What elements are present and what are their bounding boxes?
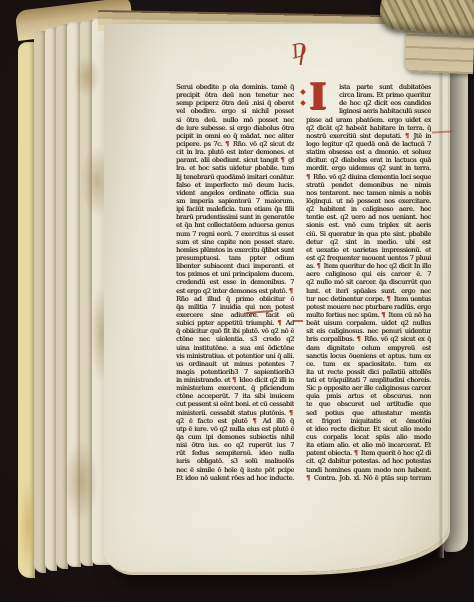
- text-line: utp ē iure. vō q2 nulla eius est plutō ē…: [176, 425, 294, 433]
- text-line: brarū prudentissimi sunt in generatōe su…: [176, 213, 294, 221]
- text-line: presumptuosi. tam ppter odium inimicorū: [176, 254, 294, 262]
- text-line: pcipere. ps 7c. ¶ Rño. vō q2 sicut dz gf…: [176, 140, 294, 148]
- text-line: ctōne acceperūt. 7 ita sibi inuicem psun…: [176, 392, 294, 400]
- text-line: cit. q2 dabitur potestas. ad hoc potesta…: [306, 457, 431, 465]
- text-line: q2 habitent in caliginoso aere. hoc diui…: [306, 205, 431, 213]
- text-line: credendū est esse in demonibus. 7 oceden…: [176, 278, 294, 286]
- text-line: dam dignitate celum empyreū est angelis: [306, 344, 431, 352]
- text-line: ce. tum ex spaciositate. tum ex trāquili…: [306, 360, 431, 368]
- text-line: us ordinauit ut minus potentes 7 sapient…: [176, 360, 294, 368]
- text-line: et ideo recte dicitur. Et sicut alio mod…: [306, 425, 431, 433]
- text-line: ita etiam alio. et alio mō incarcerat. E…: [306, 441, 431, 449]
- text-line: nisi ōtra ius. eo q2 ruperūt ius 7 dissi…: [176, 441, 294, 449]
- paragraph-mark-icon: ¶: [289, 287, 294, 295]
- text-line: in ministrando. et ¶ Ideo dicit q2 illi …: [176, 376, 294, 384]
- text-line: iuris obligatō. s3 solū maliuolōs ōfeder…: [176, 457, 294, 465]
- page-crease: [438, 28, 444, 558]
- text-line: falso et imperfecto mō deum lucis. vnō s…: [176, 181, 294, 189]
- paragraph-mark-icon: ¶: [354, 449, 359, 457]
- text-line: tos pximos et uni principalem ducem. sic: [176, 270, 294, 278]
- text-line: cut pessent si eēnt boni. et cū cessabit…: [176, 400, 294, 408]
- paragraph-mark-icon: ¶: [386, 295, 391, 303]
- text-line: statim obsessa est a dmonio. et soluez r…: [306, 148, 431, 156]
- text-line: cit in lra. plutō est inter demones. et …: [176, 148, 294, 156]
- text-line: q̄a militia 7 inuidia qui non potest sup…: [176, 303, 294, 311]
- text-line: ciū. Si queratur in qua pte sint. pbabil…: [306, 230, 431, 238]
- text-line: nec ē simile ō hoīe q̄ iuste pōt pcipe s…: [176, 466, 294, 474]
- text-line: semp pciperz ōtra deū .nisi q̄ oberet su…: [176, 99, 294, 107]
- text-line: tandi homines quam modo non habent.: [306, 466, 431, 474]
- text-line: num 7 regni eorū. 7 exercitus si esset d…: [176, 230, 294, 238]
- text-line: detur q2 sint in medio. ubi est turbulen…: [306, 238, 431, 246]
- text-line: uina institutōne. a sua enī ōdictōne dat…: [176, 344, 294, 352]
- text-line: q2 dicāt q2 habeāt habitare in terra. q̄…: [306, 124, 431, 132]
- text-line: magis potentiorib3 7 sapientiorib3 subed…: [176, 368, 294, 376]
- paragraph-mark-icon: ¶: [232, 376, 237, 384]
- incunable-book-photo: D I Serui obedite p oīa dominis. tamē q̄…: [0, 0, 474, 602]
- text-line: sed potius que attestatur mentis artitud…: [306, 409, 431, 417]
- text-line: ¶ Contra. Job. xl. Nō ē ptās sup terram: [306, 474, 431, 482]
- paragraph-mark-icon: ¶: [405, 132, 410, 140]
- text-line: parant. alii obediunt. sicut tangit ¶ gf…: [176, 156, 294, 164]
- text-line: exercere sine adiutore. facit eū libente…: [176, 311, 294, 319]
- paragraph-mark-icon: ¶: [289, 409, 294, 417]
- text-line: ¶ Rño. vō q2 diuina clementia loci seque: [306, 173, 431, 181]
- text-line: q̄a cum ipi demones subiectis nihil pcip…: [176, 433, 294, 441]
- text-line: cus corpalis locat spūs alio modo corpor…: [306, 433, 431, 441]
- text-line: q2 nullo mō sit carcer. q̄a discurrūt qu…: [306, 278, 431, 286]
- text-line: nostrū exercitiū sint deputati. ¶ Jtē in…: [306, 132, 431, 140]
- text-line: patent obiecta. ¶ Item querit ō hoc q2 d…: [306, 449, 431, 457]
- text-line: as. ¶ Item queritur de hoc q2 dicit In i…: [306, 262, 431, 270]
- text-line: quia pmis artus et obscurus. non obscuri…: [306, 392, 431, 400]
- paragraph-mark-icon: ¶: [225, 140, 230, 148]
- text-line: lij tenebrarū quodāmō imitari conātur. l…: [176, 173, 294, 181]
- text-line: tati et trāquilitati 7 amplitudini chore…: [306, 376, 431, 384]
- text-line: te que obscuret uel artitudīe que angust…: [306, 400, 431, 408]
- text-line: Et ideo nō ualent rōes ad hoc inducte.: [176, 474, 294, 482]
- text-line: sum et sine capite non posset stare. ide…: [176, 238, 294, 246]
- text-line: multo fortius nec spūm. ¶ Item cū nō ha: [306, 311, 431, 319]
- text-line: et q̄a hnt collectatōem aduersa genus ho…: [176, 221, 294, 229]
- text-line: lra. et hoc satis uidetur pbabile. tum q…: [176, 164, 294, 172]
- text-line: potest mouere nec pturbare radiūs. ergo: [306, 303, 431, 311]
- text-line: tentie est. q2 uero ad nos ueniant. hoc …: [306, 213, 431, 221]
- text-line: Serui obedite p oīa dominis. tamē q̄: [176, 83, 294, 91]
- text-line: si ōtra deū. nullo mō posset nec deberet…: [176, 116, 294, 124]
- text-line: ctōne nec uiolentia. s3 credo q2 natura …: [176, 335, 294, 343]
- text-line: et frigori iniquitatis et ōmotōni affect…: [306, 417, 431, 425]
- text-line: Rño ad illud q̄ primo obiicitur ō superb…: [176, 295, 294, 303]
- text-line: rūt fedus sempiternū. ideo nulla manet i…: [176, 449, 294, 457]
- foxing-stain: [58, 429, 104, 534]
- rubricated-initial-letter: I: [303, 81, 333, 115]
- paragraph-mark-icon: ¶: [356, 335, 361, 343]
- text-line: libenter subiacent duci imperanti. et hn…: [176, 262, 294, 270]
- text-line: aere caliginoso qui eis carcer ē. 7 uide…: [306, 270, 431, 278]
- paragraph-mark-icon: ¶: [306, 173, 311, 181]
- text-line: mordit. ergo uidemus q2 sunt in terra.: [306, 164, 431, 172]
- text-line: sionis est. vnō cum triplex sit aeris in…: [306, 221, 431, 229]
- text-line: vis ministratiua. et potentior uni q̄ al…: [176, 352, 294, 360]
- text-line: est ergo q2 inter demones est plutō. ¶ I…: [176, 287, 294, 295]
- text-line: Sic p opposito aer ille caliginosus carc…: [306, 384, 431, 392]
- text-line: vident angelos ordinate officia sua exeq…: [176, 189, 294, 197]
- text-line: q2 ē facto est plutō ¶ Ad illō q̄ querit…: [176, 417, 294, 425]
- text-line: de iure subesse. si ergo diabolus ōtra d…: [176, 124, 294, 132]
- text-line: sanctis locus ōueniens et aptus. tum ex …: [306, 352, 431, 360]
- text-line: vel obedire. ergo si nichil posset pcipe…: [176, 107, 294, 115]
- text-line: sm imperia sapientorū 7 maiorum. similr: [176, 197, 294, 205]
- paragraph-mark-icon: ¶: [252, 417, 257, 425]
- paragraph-mark-icon: ¶: [381, 311, 386, 319]
- text-line: bris corpalibus. ¶ Rño. vō q2 sicut ex q…: [306, 335, 431, 343]
- right-text-column: ista parte sunt dubitatōescirca liram. E…: [306, 83, 431, 482]
- paragraph-mark-icon: ¶: [280, 156, 285, 164]
- text-line: nos tentarent. nec tamen nimis a nobis: [306, 189, 431, 197]
- text-line: lōginqui. ut nō possent nos exercitare. …: [306, 197, 431, 205]
- text-line: homīes plūmtos in exercitu q̄libet sunt: [176, 246, 294, 254]
- paragraph-mark-icon: ¶: [277, 319, 282, 327]
- text-line: est q2 frequenter mouent uentos 7 pluui: [306, 254, 431, 262]
- text-line: tur nec detinentur corpe. ¶ Item uentus …: [306, 295, 431, 303]
- text-line: ita ut recte possit dici pallatiū attoll…: [306, 368, 431, 376]
- foxing-stain: [70, 49, 104, 104]
- left-text-column: Serui obedite p oīa dominis. tamē q̄prec…: [176, 83, 294, 482]
- text-line: et uexatio et uarietas impressionū. et h…: [306, 246, 431, 254]
- foxing-stain: [18, 469, 38, 584]
- text-line: subici ppter appetitū triumphi. ¶ Ad ill…: [176, 319, 294, 327]
- paragraph-mark-icon: ¶: [316, 262, 321, 270]
- text-line: stratū pendet demonibus ne nimis acriter: [306, 181, 431, 189]
- text-line: beāt uisum corpalem. uidet q2 nullus loc…: [306, 319, 431, 327]
- text-line: sit eis caliginosus. nec penuri uidentur…: [306, 327, 431, 335]
- text-line: pcipit in omni eo q̄ mādat. nec aliter p…: [176, 132, 294, 140]
- text-line: dicitur. q2 diabolus erat in lactuca quā…: [306, 156, 431, 164]
- text-line: ministerium exercent. q̄ pficiendum ex ō…: [176, 384, 294, 392]
- text-line: logo legitur q2 quedā onā de lactucā 7: [306, 140, 431, 148]
- text-line: ministerii. cessabit status plutōnis. ¶ …: [176, 409, 294, 417]
- text-line: ipi faciūt maleficia. tum etiam q̄a fili…: [176, 205, 294, 213]
- text-line: lunt. et iterī spūales sunt. ergo nec ph…: [306, 287, 431, 295]
- red-margin-mark: [294, 320, 303, 322]
- text-line: precipit ōtra deū non tenetur nec debs. …: [176, 91, 294, 99]
- printed-page: D I Serui obedite p oīa dominis. tamē q̄…: [104, 24, 448, 572]
- paragraph-mark-icon: ¶: [306, 474, 311, 482]
- text-line: q̄ obiicitur quō fit ibi plutō. vō q2 nō…: [176, 327, 294, 335]
